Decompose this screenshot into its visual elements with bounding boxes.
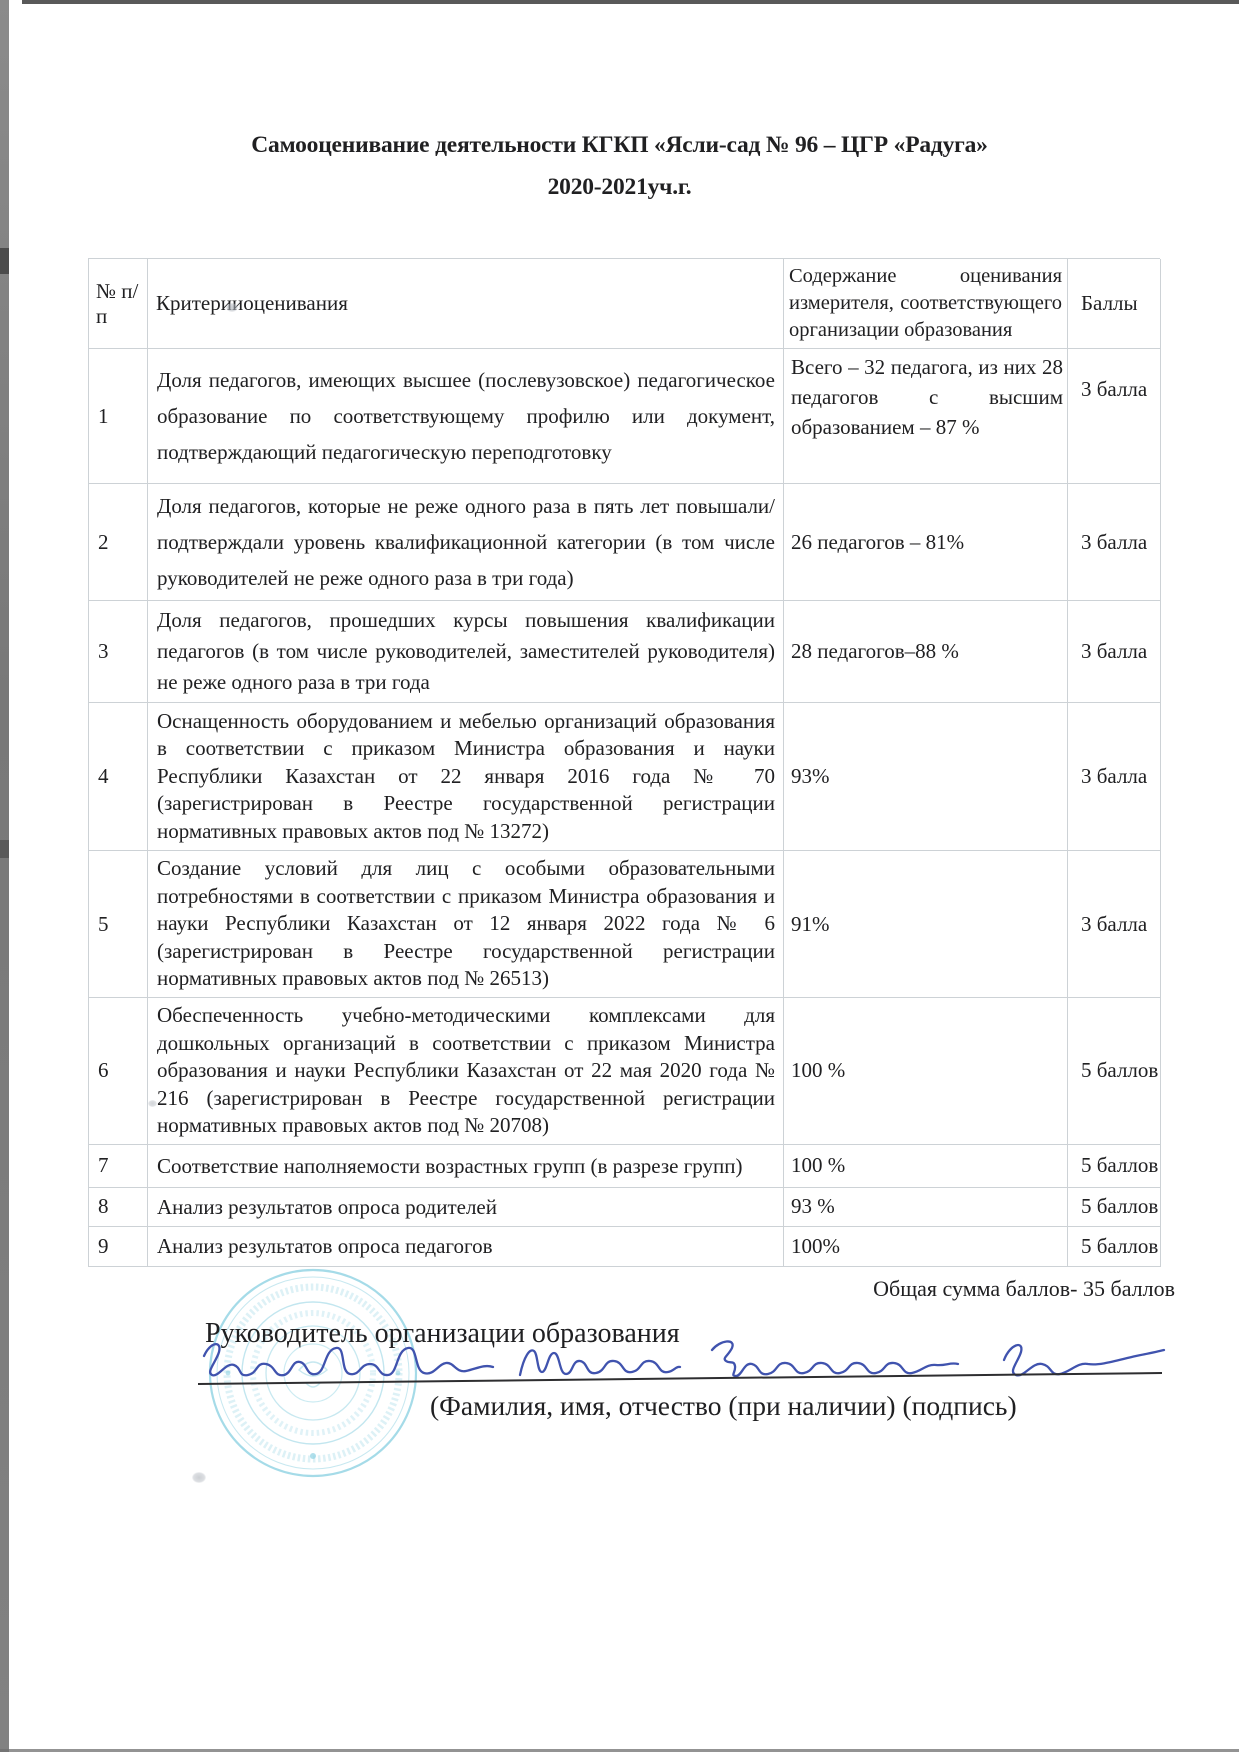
row-number-cell: 6 — [89, 998, 148, 1145]
points-cell: 5 баллов — [1068, 1227, 1161, 1267]
document-page: Самооценивание деятельности КГКП «Ясли-с… — [0, 0, 1239, 1646]
evaluation-table: № п/п Критерииоценивания Содержание оцен… — [88, 258, 1160, 1267]
criteria-cell: Анализ результатов опроса педагогов — [148, 1227, 784, 1267]
total-score-line: Общая сумма баллов- 35 баллов — [0, 1276, 1175, 1302]
measure-content-cell: 100 % — [784, 998, 1068, 1145]
measure-content-cell: 91% — [784, 851, 1068, 998]
signature-block: Руководитель организации образования Кож… — [0, 1306, 1239, 1646]
measure-content-cell: 26 педагогов – 81% — [784, 484, 1068, 601]
criteria-cell: Обеспеченность учебно-методическими комп… — [148, 998, 784, 1145]
measure-content-cell: Всего – 32 педагога, из них 28 педагогов… — [784, 349, 1068, 484]
header-criteria: Критерииоценивания — [148, 259, 784, 349]
measure-content-cell: 93 % — [784, 1188, 1068, 1227]
points-cell: 5 баллов — [1068, 998, 1161, 1145]
title-line1: Самооценивание деятельности КГКП «Ясли-с… — [30, 130, 1210, 160]
row-number-cell: 4 — [89, 703, 148, 851]
points-cell: 3 балла — [1068, 851, 1161, 998]
table-header-row: № п/п Критерииоценивания Содержание оцен… — [89, 259, 1160, 349]
handwritten-signature: Кожахметова Майкеш Темиртасовна — [188, 1320, 1180, 1398]
table-row: 7 Соответствие наполняемости возрастных … — [89, 1145, 1160, 1188]
row-number-cell: 8 — [89, 1188, 148, 1227]
scan-smudge — [226, 303, 238, 312]
signature-caption: (Фамилия, имя, отчество (при наличии) (п… — [430, 1390, 1017, 1422]
criteria-cell: Соответствие наполняемости возрастных гр… — [148, 1145, 784, 1188]
table-row: 9 Анализ результатов опроса педагогов 10… — [89, 1227, 1160, 1267]
scan-smudge — [148, 1100, 157, 1107]
table-row: 6 Обеспеченность учебно-методическими ко… — [89, 998, 1160, 1145]
criteria-cell: Анализ результатов опроса родителей — [148, 1188, 784, 1227]
criteria-cell: Доля педагогов, имеющих высшее (послевуз… — [148, 349, 784, 484]
measure-content-cell: 28 педагогов–88 % — [784, 601, 1068, 703]
row-number-cell: 3 — [89, 601, 148, 703]
row-number-cell: 1 — [89, 349, 148, 484]
scan-edge-left — [0, 0, 9, 1752]
row-number-cell: 5 — [89, 851, 148, 998]
row-number-cell: 2 — [89, 484, 148, 601]
criteria-cell: Оснащенность оборудованием и мебелью орг… — [148, 703, 784, 851]
points-cell: 3 балла — [1068, 703, 1161, 851]
row-number-cell: 7 — [89, 1145, 148, 1188]
header-points: Баллы — [1068, 259, 1161, 349]
table-body: 1 Доля педагогов, имеющих высшее (послев… — [89, 349, 1160, 1267]
measure-content-cell: 93% — [784, 703, 1068, 851]
table-row: 8 Анализ результатов опроса родителей 93… — [89, 1188, 1160, 1227]
scan-edge-top — [22, 0, 1239, 4]
table-row: 4 Оснащенность оборудованием и мебелью о… — [89, 703, 1160, 851]
points-cell: 3 балла — [1068, 601, 1161, 703]
document-title: Самооценивание деятельности КГКП «Ясли-с… — [30, 130, 1210, 202]
criteria-cell: Создание условий для лиц с особыми образ… — [148, 851, 784, 998]
measure-content-cell: 100% — [784, 1227, 1068, 1267]
criteria-cell: Доля педагогов, прошедших курсы повышени… — [148, 601, 784, 703]
scan-smudge — [192, 1472, 206, 1483]
title-line2: 2020-2021уч.г. — [30, 172, 1210, 202]
points-cell: 5 баллов — [1068, 1145, 1161, 1188]
table-row: 3 Доля педагогов, прошедших курсы повыше… — [89, 601, 1160, 703]
table-row: 2 Доля педагогов, которые не реже одного… — [89, 484, 1160, 601]
measure-content-cell: 100 % — [784, 1145, 1068, 1188]
table-row: 1 Доля педагогов, имеющих высшее (послев… — [89, 349, 1160, 484]
header-num: № п/п — [89, 259, 148, 349]
points-cell: 3 балла — [1068, 349, 1161, 484]
signature-line — [198, 1373, 1162, 1384]
row-number-cell: 9 — [89, 1227, 148, 1267]
criteria-cell: Доля педагогов, которые не реже одного р… — [148, 484, 784, 601]
points-cell: 5 баллов — [1068, 1188, 1161, 1227]
points-cell: 3 балла — [1068, 484, 1161, 601]
header-content: Содержание оценивания измерителя, соотве… — [784, 259, 1068, 349]
table-row: 5 Создание условий для лиц с особыми обр… — [89, 851, 1160, 998]
